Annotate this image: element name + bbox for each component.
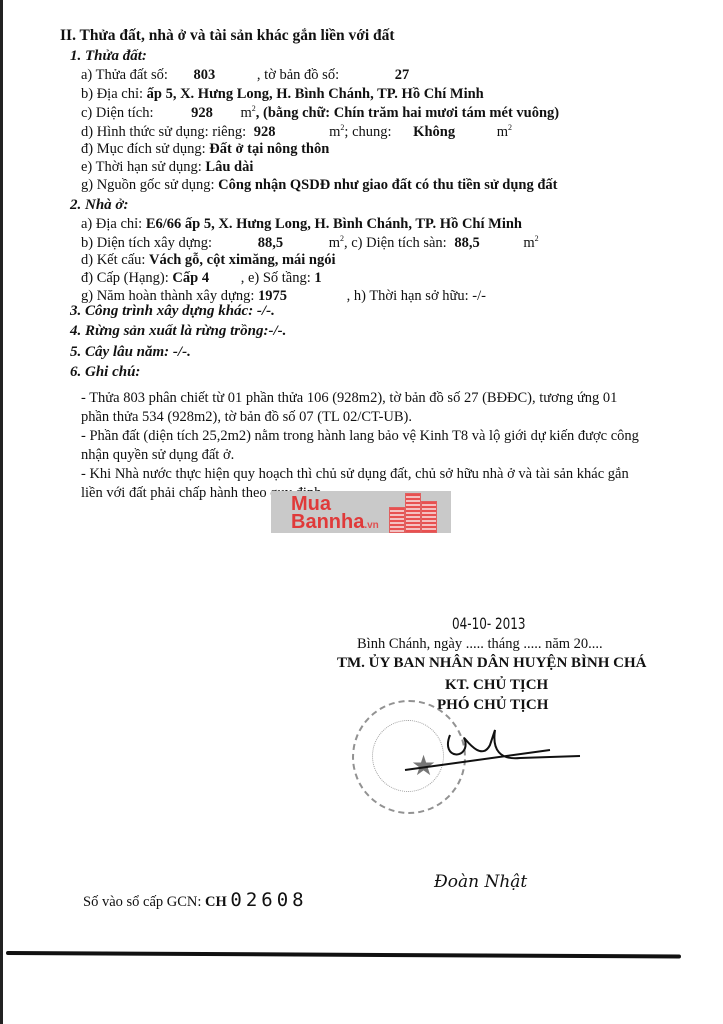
usage-unit: m2 [329, 124, 344, 140]
structure-label: d) Kết cấu: [81, 252, 145, 268]
bottom-rule [6, 951, 681, 959]
watermark-line2: Bannha.vn [291, 513, 379, 535]
registry-label: Số vào sổ cấp GCN: [83, 894, 201, 910]
purpose-value: Đất ở tại nông thôn [209, 141, 329, 157]
area-unit: m2 [240, 105, 255, 121]
grade-label: đ) Cấp (Hạng): [81, 270, 169, 286]
floors-value: 1 [314, 270, 321, 286]
purpose-label: đ) Mục đích sử dụng: [81, 141, 206, 157]
signer-name: Đoàn Nhật [434, 872, 527, 892]
house-address-label: a) Địa chỉ: [81, 216, 142, 232]
other-construction: 3. Công trình xây dựng khác: -/-. [70, 303, 275, 320]
floor-area-label: , c) Diện tích sàn: [344, 235, 447, 251]
built-area: 88,5 [258, 235, 283, 251]
house-address-row: a) Địa chỉ: E6/66 ấp 5, X. Hưng Long, H.… [81, 216, 522, 233]
year-value: 1975 [258, 288, 287, 304]
land-area-row: c) Diện tích: 928 m2, (bằng chữ: Chín tr… [81, 104, 559, 122]
role-2: PHÓ CHỦ TỊCH [437, 697, 548, 714]
map-label: , tờ bản đồ số: [257, 67, 339, 83]
origin-value: Công nhận QSDĐ như giao đất có thu tiền … [218, 177, 557, 193]
watermark-logo: Mua Bannha.vn [271, 491, 451, 533]
note-1: - Thửa 803 phân chiết từ 01 phần thửa 10… [81, 389, 641, 427]
year-label: g) Năm hoàn thành xây dựng: [81, 288, 254, 304]
section-title: II. Thửa đất, nhà ở và tài sản khác gắn … [60, 27, 395, 45]
ownership-term-label: , h) Thời hạn sở hữu: [347, 288, 469, 304]
purpose-row: đ) Mục đích sử dụng: Đất ở tại nông thôn [81, 141, 329, 158]
address-label: b) Địa chỉ: [81, 86, 143, 102]
perennial: 5. Cây lâu năm: -/-. [70, 344, 191, 361]
land-parcel-row: a) Thửa đất số: 803 , tờ bản đồ số: 27 [81, 67, 409, 84]
grade-value: Cấp 4 [172, 270, 209, 286]
structure-row: d) Kết cấu: Vách gỗ, cột ximăng, mái ngó… [81, 252, 336, 269]
house-address: E6/66 ấp 5, X. Hưng Long, H. Bình Chánh,… [146, 216, 522, 232]
note-2: - Phần đất (diện tích 25,2m2) nằm trong … [81, 427, 641, 465]
usage-form-label: d) Hình thức sử dụng: riêng: [81, 124, 246, 140]
built-area-label: b) Diện tích xây dựng: [81, 235, 212, 251]
registry-prefix: CH [205, 894, 227, 910]
term-label: e) Thời hạn sử dụng: [81, 159, 202, 175]
built-area-unit: m2 [329, 235, 344, 251]
term-value: Lâu dài [205, 159, 253, 175]
building-icon [421, 501, 437, 533]
notes-heading: 6. Ghi chú: [70, 364, 140, 381]
registry-row: Số vào sổ cấp GCN: CH 02608 [83, 889, 308, 911]
usage-form-row: d) Hình thức sử dụng: riêng: 928 m2; chu… [81, 123, 512, 141]
term-row: e) Thời hạn sử dụng: Lâu dài [81, 159, 253, 176]
land-heading: 1. Thửa đất: [70, 48, 147, 65]
parcel-label: a) Thửa đất số: [81, 67, 168, 83]
place-date: Bình Chánh, ngày ..... tháng ..... năm 2… [357, 636, 603, 653]
building-icon [405, 493, 421, 533]
house-area-row: b) Diện tích xây dựng: 88,5 m2, c) Diện … [81, 234, 539, 252]
area-label: c) Diện tích: [81, 105, 153, 121]
origin-row: g) Nguồn gốc sử dụng: Công nhận QSDĐ như… [81, 177, 557, 194]
page-edge [0, 0, 3, 1024]
usage-private: 928 [254, 124, 276, 140]
map-no: 27 [395, 67, 410, 83]
forest: 4. Rừng sản xuất là rừng trồng:-/-. [70, 323, 286, 340]
usage-shared-label: ; chung: [344, 124, 391, 140]
parcel-no: 803 [194, 67, 216, 83]
floor-area: 88,5 [454, 235, 479, 251]
signature-scrawl [400, 720, 600, 790]
area-words: , (bằng chữ: Chín trăm hai mươi tám mét … [256, 105, 559, 121]
role-1: KT. CHỦ TỊCH [445, 677, 548, 694]
house-heading: 2. Nhà ở: [70, 197, 128, 214]
usage-shared: Không [413, 124, 455, 140]
structure-value: Vách gỗ, cột ximăng, mái ngói [149, 252, 335, 268]
floors-label: , e) Số tầng: [241, 270, 311, 286]
floor-area-unit: m2 [523, 235, 538, 251]
date-stamp: 04-10- 2013 [452, 615, 526, 633]
registry-number: 02608 [230, 889, 307, 911]
land-area: 928 [191, 105, 213, 121]
origin-label: g) Nguồn gốc sử dụng: [81, 177, 215, 193]
land-address: ấp 5, X. Hưng Long, H. Bình Chánh, TP. H… [147, 86, 484, 102]
land-address-row: b) Địa chỉ: ấp 5, X. Hưng Long, H. Bình … [81, 86, 484, 103]
usage-shared-unit: m2 [497, 124, 512, 140]
grade-row: đ) Cấp (Hạng): Cấp 4 , e) Số tầng: 1 [81, 270, 322, 287]
ownership-term: -/- [472, 288, 486, 304]
org-name: TM. ỦY BAN NHÂN DÂN HUYỆN BÌNH CHÁ [337, 655, 646, 672]
building-icon [389, 507, 405, 533]
